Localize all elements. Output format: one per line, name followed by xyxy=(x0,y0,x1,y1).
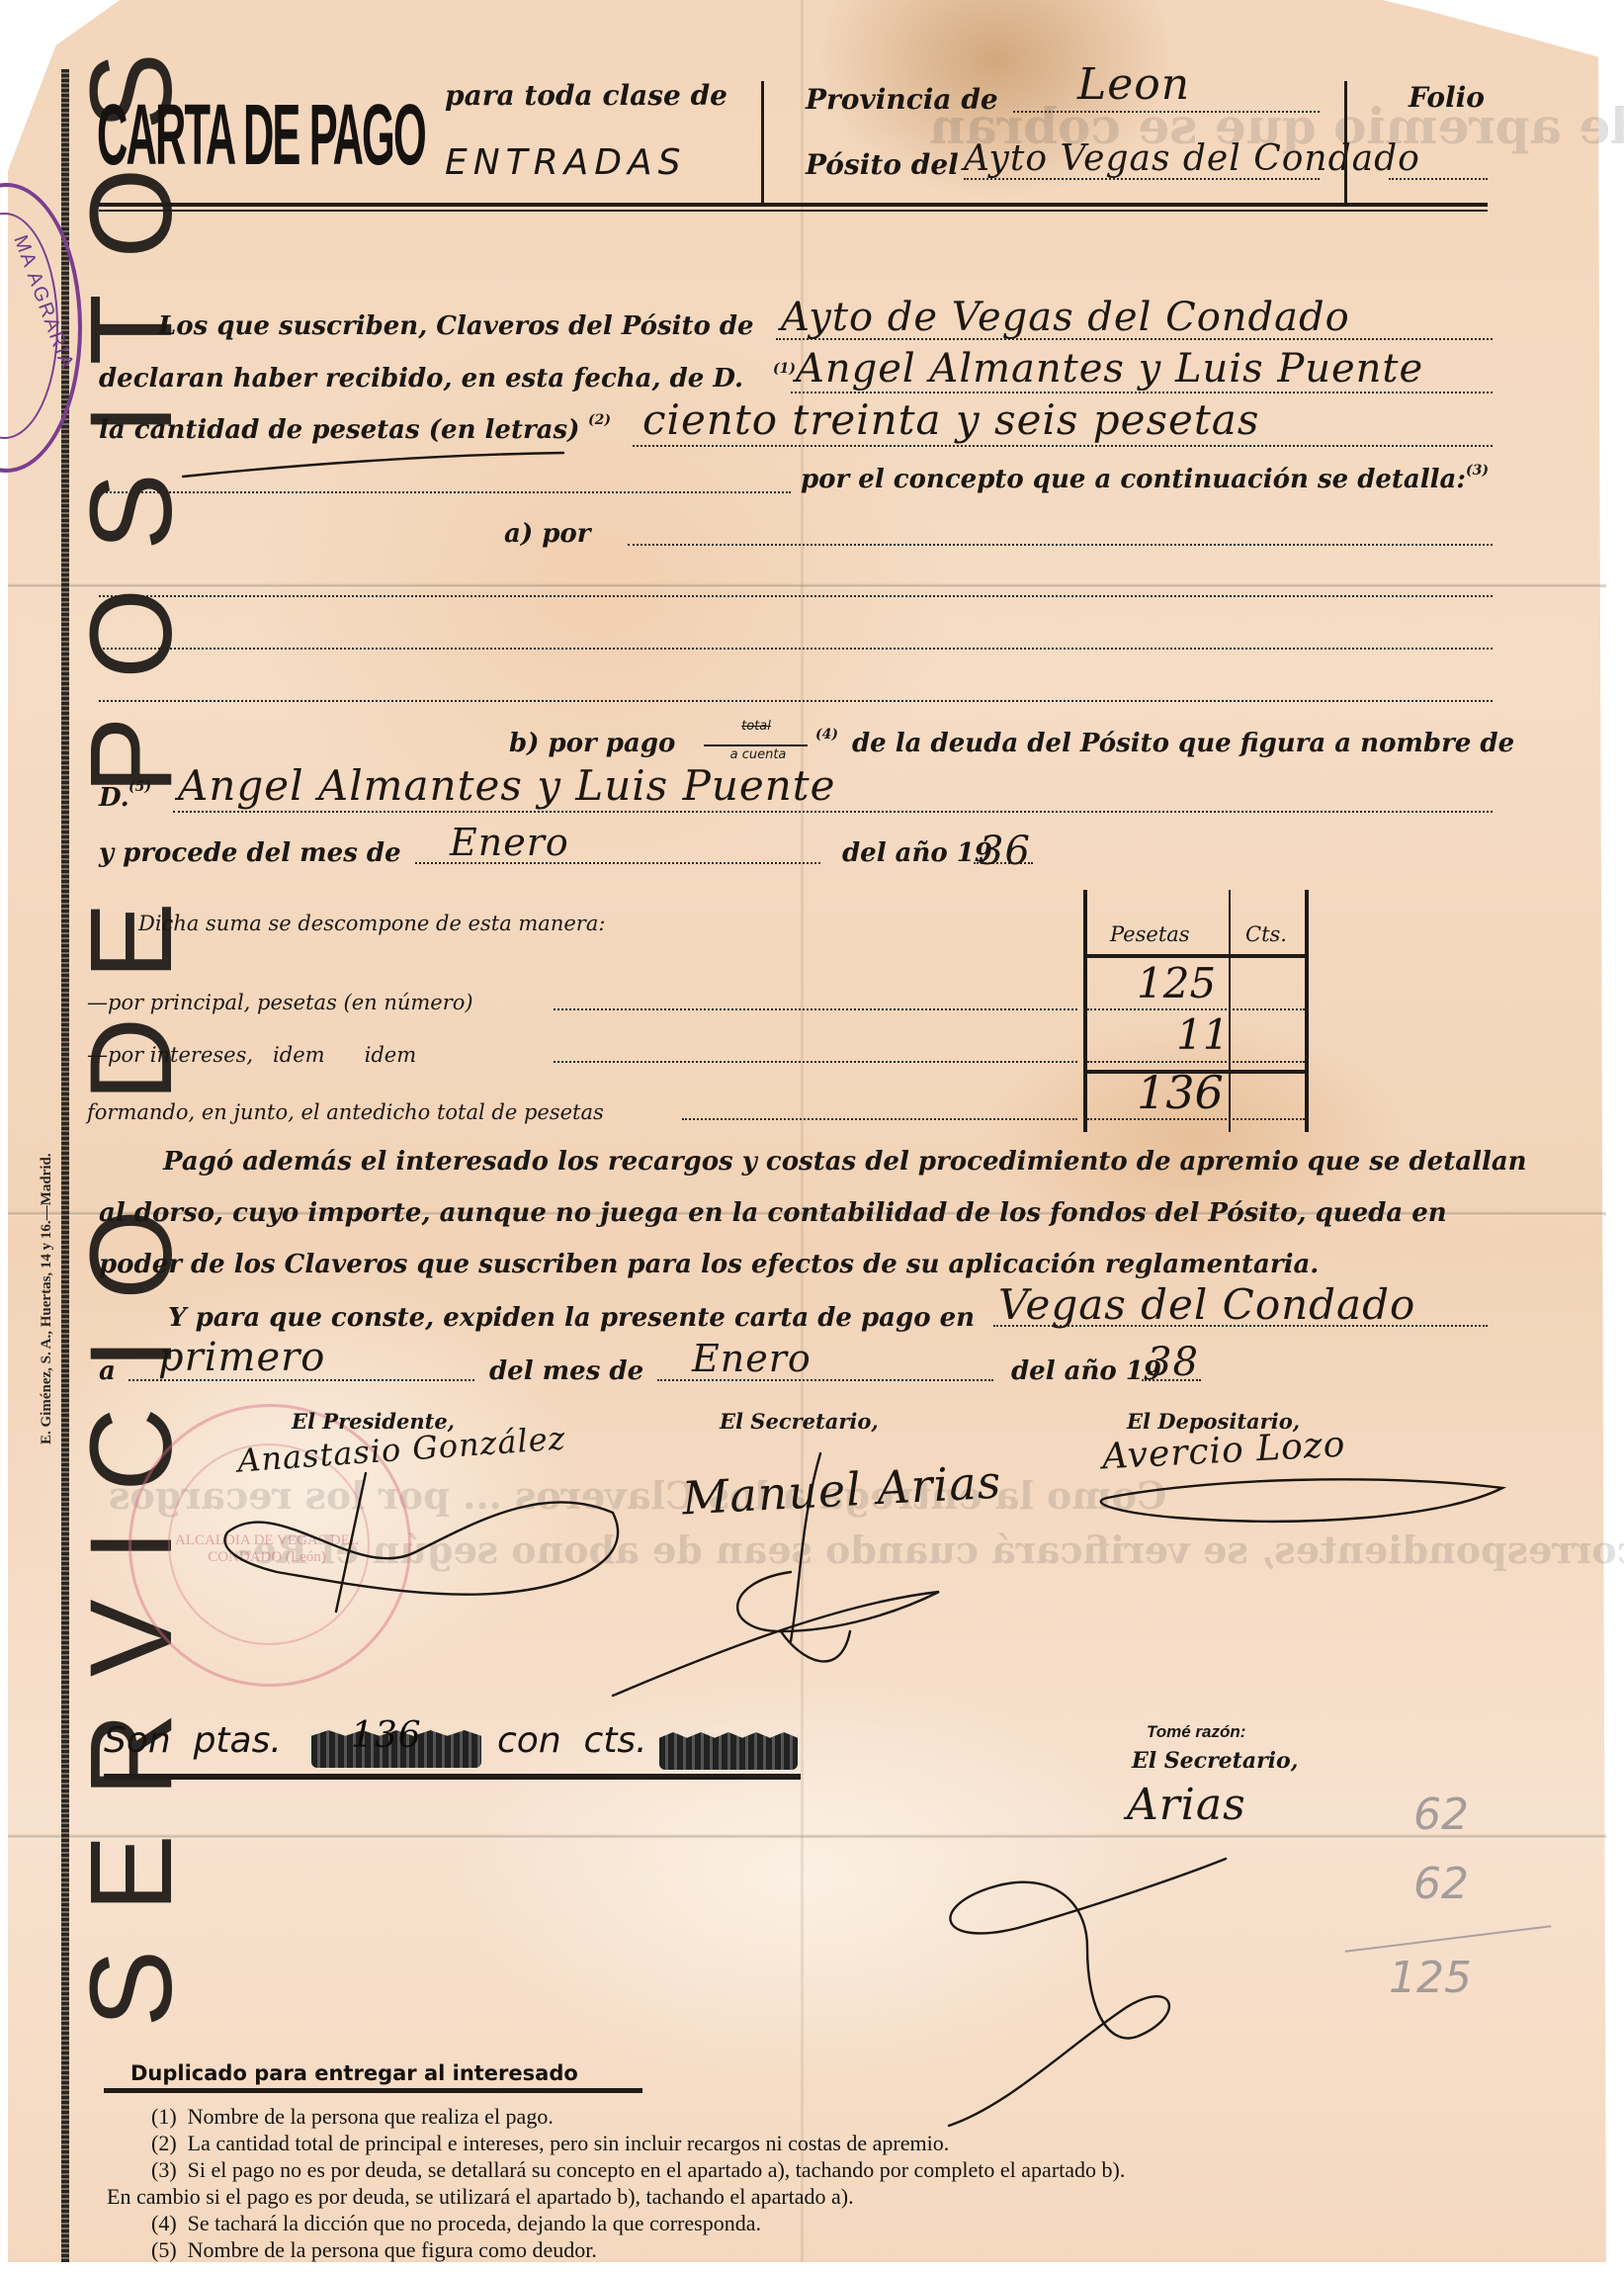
ptas-amount-field[interactable]: 136 xyxy=(351,1715,422,1756)
document-subtitle-entradas: ENTRADAS xyxy=(445,142,687,183)
payer-name-field[interactable]: Angel Almantes y Luis Puente xyxy=(796,346,1423,392)
field-line xyxy=(415,862,820,864)
folio-label: Folio xyxy=(1409,81,1485,114)
date-month-field[interactable]: Enero xyxy=(692,1337,812,1380)
expiden-label: Y para que conste, expiden la presente c… xyxy=(168,1303,975,1333)
pencil-note: 125 xyxy=(1389,1953,1472,2003)
section-a-label: a) por xyxy=(504,519,590,549)
table-border xyxy=(1305,890,1309,1132)
row-principal-pesetas[interactable]: 125 xyxy=(1137,959,1216,1007)
depositario-flourish xyxy=(1087,1443,1522,1542)
posito-label: Pósito del xyxy=(806,148,959,181)
date-day-field[interactable]: primero xyxy=(158,1335,325,1380)
received-from-label: declaran haber recibido, en esta fecha, … xyxy=(99,364,743,393)
debt-description: de la deuda del Pósito que figura a nomb… xyxy=(852,729,1514,758)
date-a-label: a xyxy=(99,1356,116,1386)
footnote-item: (5) Nombre de la persona que figura como… xyxy=(151,2237,597,2263)
total-rule xyxy=(104,1774,801,1780)
footnote-ref: (3) xyxy=(1466,463,1489,479)
pencil-note: 62 xyxy=(1413,1790,1469,1840)
col-cts-header: Cts. xyxy=(1245,922,1287,946)
table-border xyxy=(1083,890,1087,1132)
section-a-line xyxy=(99,595,1493,597)
claveros-posito-field[interactable]: Ayto de Vegas del Condado xyxy=(781,295,1350,340)
field-line xyxy=(791,392,1493,393)
header-rule xyxy=(99,203,1488,207)
son-ptas-label: Son ptas. xyxy=(104,1720,282,1761)
field-line xyxy=(633,445,1493,447)
header-divider xyxy=(761,81,764,205)
date-month-label: del mes de xyxy=(489,1356,643,1386)
fraction-a-cuenta: a cuenta xyxy=(704,747,812,762)
pencil-note: 62 xyxy=(1413,1859,1469,1909)
expiden-place-field[interactable]: Vegas del Condado xyxy=(998,1280,1415,1329)
field-line xyxy=(1142,1379,1201,1381)
date-year-label: del año 19 xyxy=(1011,1356,1161,1386)
presidente-flourish xyxy=(217,1453,633,1621)
field-line xyxy=(974,862,1033,864)
document-title: CARTA DE PAGO xyxy=(97,85,425,184)
paragraph-line: al dorso, cuyo importe, aunque no juega … xyxy=(99,1198,1447,1228)
footnote-ref: (5) xyxy=(128,779,151,795)
header-rule xyxy=(99,210,1488,212)
table-rule xyxy=(1087,954,1305,958)
field-line xyxy=(128,1379,474,1381)
procede-label: y procede del mes de xyxy=(99,838,401,868)
row-intereses-label: —por intereses, idem idem xyxy=(87,1043,416,1067)
field-line xyxy=(776,338,1493,340)
row-principal-label: —por principal, pesetas (en número) xyxy=(87,991,473,1014)
page-bottom-edge xyxy=(0,2262,1624,2272)
secretario-flourish xyxy=(603,1443,998,1701)
footnote-item: (1) Nombre de la persona que realiza el … xyxy=(151,2104,554,2130)
table-line xyxy=(1087,1118,1305,1120)
col-pesetas-header: Pesetas xyxy=(1110,922,1190,946)
field-line xyxy=(657,1379,993,1381)
printer-imprint: E. Giménez, S. A., Huertas, 14 y 16.—Mad… xyxy=(39,891,60,1444)
debtor-name-field[interactable]: Angel Almantes y Luis Puente xyxy=(178,761,836,810)
cts-amount-field[interactable] xyxy=(659,1732,798,1770)
claveros-label: Los que suscriben, Claveros del Pósito d… xyxy=(158,311,754,341)
document-subtitle: para toda clase de xyxy=(445,79,727,112)
amount-words-field[interactable]: ciento treinta y seis pesetas xyxy=(642,395,1259,444)
footnote-item: (4) Se tachará la dicción que no proceda… xyxy=(151,2211,761,2236)
fold-crease xyxy=(8,583,1606,588)
leader-dots xyxy=(554,1061,1077,1063)
leader-dots xyxy=(682,1118,1077,1120)
folio-field[interactable] xyxy=(1389,178,1488,180)
procede-year-field[interactable]: 36 xyxy=(979,829,1031,874)
tome-razon-flourish xyxy=(929,1839,1245,2116)
posito-field[interactable]: Ayto Vegas del Condado xyxy=(964,138,1420,179)
tome-razon-label: Tomé razón: xyxy=(1147,1722,1245,1742)
table-line xyxy=(1087,1061,1305,1063)
fraction-total: total xyxy=(707,719,806,734)
footnote-item: (3) Si el pago no es por deuda, se detal… xyxy=(151,2157,1125,2183)
footer-heading: Duplicado para entregar al interesado xyxy=(130,2061,578,2085)
section-a-line xyxy=(99,648,1493,650)
field-line xyxy=(173,811,1493,813)
provincia-label: Provincia de xyxy=(806,83,998,116)
section-a-field[interactable] xyxy=(628,544,1493,546)
fraction-bar xyxy=(704,744,808,746)
con-cts-label: con cts. xyxy=(497,1720,647,1761)
pen-stroke xyxy=(178,445,573,484)
section-a-line xyxy=(99,700,1493,702)
footnote-ref: (1) xyxy=(773,361,796,377)
tome-razon-role: El Secretario, xyxy=(1132,1748,1298,1774)
debtor-label: D. xyxy=(99,783,129,813)
footnote-ref: (2) xyxy=(588,412,611,428)
fold-crease xyxy=(8,1834,1606,1839)
breakdown-intro: Dicha suma se descompone de esta manera: xyxy=(138,912,605,935)
header-divider xyxy=(1344,81,1347,205)
paragraph-line: Pagó además el interesado los recargos y… xyxy=(163,1147,1527,1177)
provincia-field[interactable]: Leon xyxy=(1077,59,1190,110)
posito-line xyxy=(964,178,1320,180)
leader-dots xyxy=(554,1008,1077,1010)
section-b-label: b) por pago xyxy=(509,729,675,758)
footer-rule xyxy=(104,2088,642,2093)
procede-year-label: del año 19 xyxy=(842,838,992,868)
procede-month-field[interactable]: Enero xyxy=(450,821,569,864)
footnote-item: En cambio si el pago es por deuda, se ut… xyxy=(107,2184,854,2210)
row-total-pesetas[interactable]: 136 xyxy=(1137,1066,1224,1119)
field-line xyxy=(99,491,791,493)
tome-razon-signature: Arias xyxy=(1127,1780,1246,1830)
row-intereses-pesetas[interactable]: 11 xyxy=(1176,1010,1229,1059)
secretario-label: El Secretario, xyxy=(720,1409,879,1434)
paragraph-line: poder de los Claveros que suscriben para… xyxy=(99,1250,1319,1279)
footnote-ref: (4) xyxy=(815,727,838,743)
row-total-label: formando, en junto, el antedicho total d… xyxy=(87,1100,604,1124)
footnote-item: (2) La cantidad total de principal e int… xyxy=(151,2131,949,2156)
concepto-label: por el concepto que a continuación se de… xyxy=(801,465,1466,494)
amount-words-label: la cantidad de pesetas (en letras) xyxy=(99,415,579,445)
field-line xyxy=(993,1325,1488,1327)
fold-crease xyxy=(801,0,804,2272)
provincia-line xyxy=(1013,111,1320,113)
